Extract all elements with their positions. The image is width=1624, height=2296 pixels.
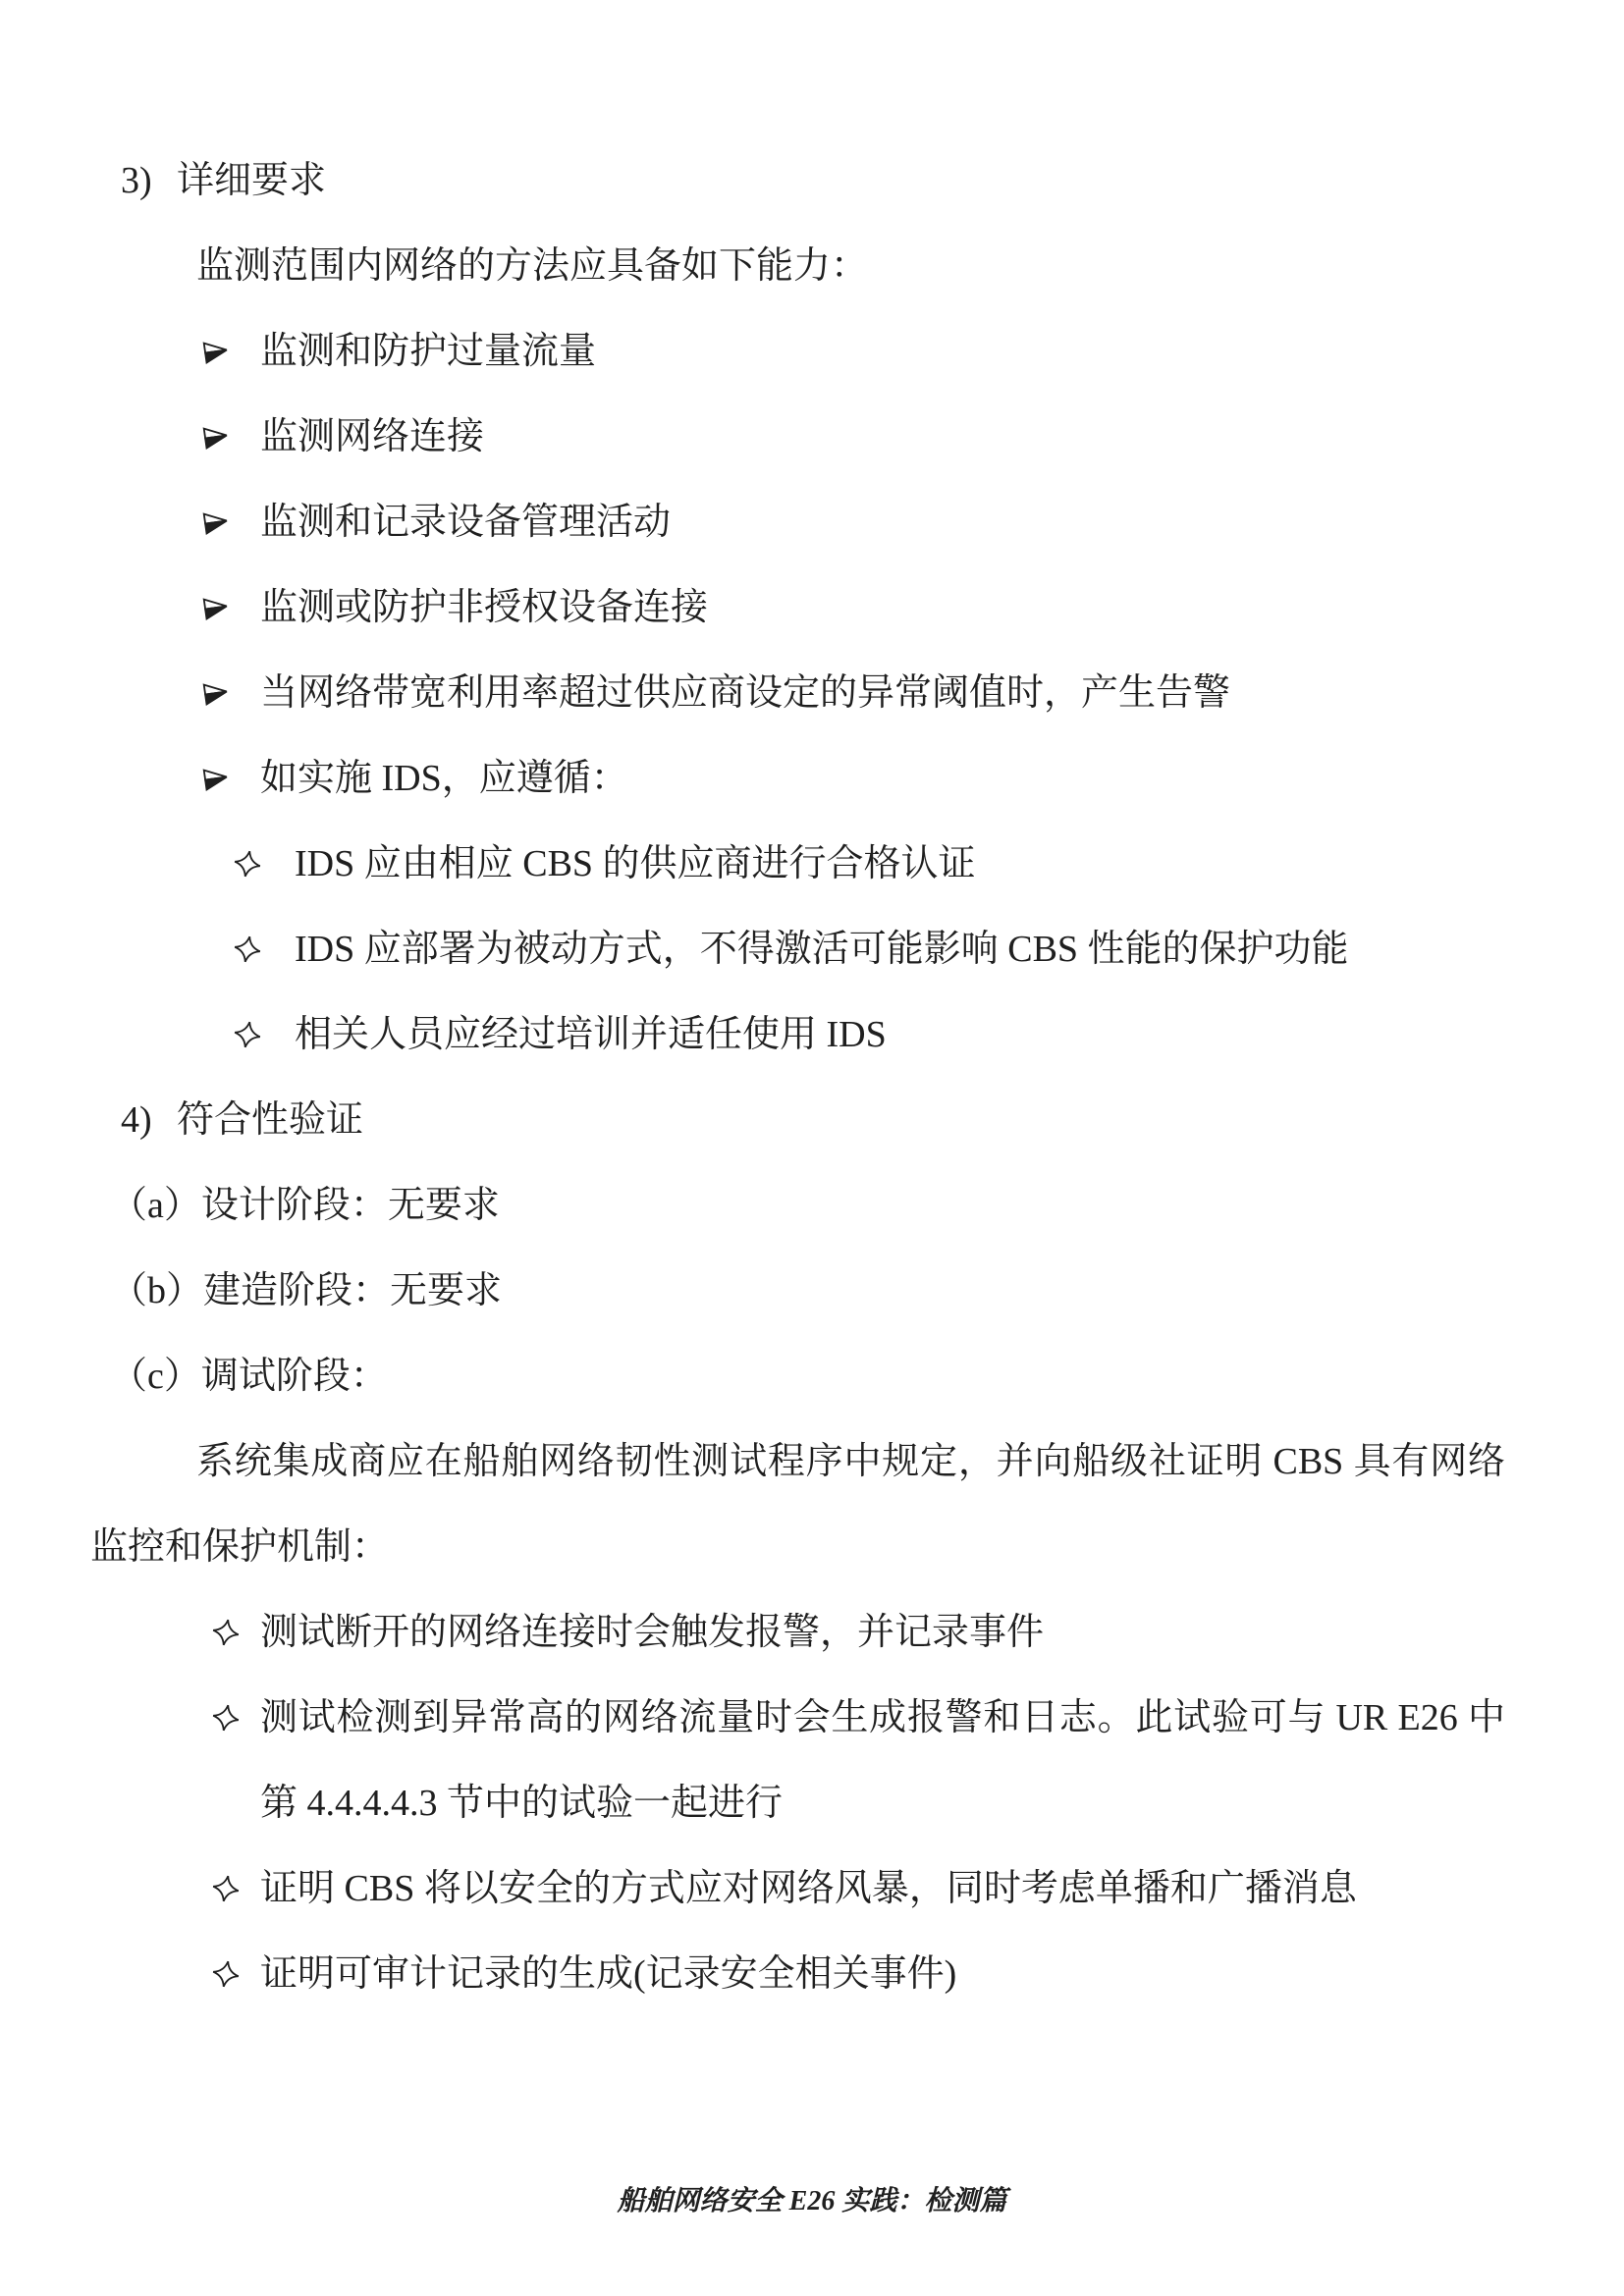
arrow-bullet-text: 监测和防护过量流量 (260, 331, 596, 372)
diamond-bullet-icon (209, 1701, 244, 1735)
diamond-bullet-icon (231, 847, 265, 881)
diamond-bullet-item: 相关人员应经过培训并适任使用 IDS (90, 992, 1505, 1078)
phase-item-commissioning: （c）调试阶段： (110, 1334, 1505, 1419)
section-4-paragraph: 系统集成商应在船舶网络韧性测试程序中规定，并向船级社证明 CBS 具有网络监控和… (90, 1419, 1505, 1590)
phase-item-design: （a）设计阶段：无要求 (110, 1163, 1505, 1249)
arrow-bullet-item: 当网络带宽利用率超过供应商设定的异常阈值时，产生告警 (90, 651, 1505, 736)
diamond-bullet-item: 证明 CBS 将以安全的方式应对网络风暴，同时考虑单播和广播消息 (90, 1846, 1505, 1932)
arrow-bullet-text: 监测或防护非授权设备连接 (260, 587, 708, 628)
section-4-heading: 4)符合性验证 (121, 1078, 1505, 1163)
arrow-bullet-text: 当网络带宽利用率超过供应商设定的异常阈值时，产生告警 (260, 672, 1230, 714)
arrow-bullet-icon (199, 335, 233, 368)
diamond-bullet-text: 相关人员应经过培训并适任使用 IDS (295, 1014, 887, 1055)
arrow-bullet-text: 如实施 IDS，应遵循： (260, 758, 628, 799)
diamond-bullet-text: 证明 CBS 将以安全的方式应对网络风暴，同时考虑单播和广播消息 (260, 1868, 1357, 1909)
diamond-bullet-icon (209, 1957, 244, 1992)
diamond-bullet-text: 证明可审计记录的生成(记录安全相关事件) (260, 1953, 956, 1995)
diamond-bullet-text: IDS 应部署为被动方式，不得激活可能影响 CBS 性能的保护功能 (295, 929, 1349, 970)
arrow-bullet-icon (199, 591, 233, 624)
arrow-bullet-item: 监测或防护非授权设备连接 (90, 565, 1505, 651)
diamond-bullet-item: 测试断开的网络连接时会触发报警，并记录事件 (90, 1590, 1505, 1676)
diamond-bullet-icon (231, 1018, 265, 1052)
diamond-bullet-item: IDS 应由相应 CBS 的供应商进行合格认证 (90, 822, 1505, 907)
arrow-bullet-icon (199, 676, 233, 710)
diamond-bullet-text: IDS 应由相应 CBS 的供应商进行合格认证 (295, 843, 976, 884)
arrow-bullet-icon (199, 506, 233, 539)
diamond-bullet-text: 测试检测到异常高的网络流量时会生成报警和日志。此试验可与 UR E26 中第 4… (260, 1697, 1505, 1824)
diamond-bullet-item: 证明可审计记录的生成(记录安全相关事件) (90, 1932, 1505, 2017)
section-3-intro: 监测范围内网络的方法应具备如下能力： (196, 224, 1505, 309)
section-4-title: 符合性验证 (177, 1099, 363, 1141)
arrow-bullet-item: 监测网络连接 (90, 395, 1505, 480)
arrow-bullet-item: 如实施 IDS，应遵循： (90, 736, 1505, 822)
phase-item-construction: （b）建造阶段：无要求 (110, 1249, 1505, 1334)
page-footer: 船舶网络安全 E26 实践：检测篇 (0, 2187, 1624, 2216)
arrow-bullet-icon (199, 420, 233, 454)
section-3-title: 详细要求 (177, 160, 326, 201)
diamond-bullet-icon (209, 1872, 244, 1906)
section-4-number: 4) (121, 1078, 177, 1163)
arrow-bullet-icon (199, 762, 233, 795)
document-page: 3)详细要求 监测范围内网络的方法应具备如下能力： 监测和防护过量流量 监测网络… (0, 0, 1624, 2296)
section-3-heading: 3)详细要求 (121, 138, 1505, 224)
diamond-bullet-icon (209, 1616, 244, 1650)
arrow-bullet-text: 监测网络连接 (260, 416, 484, 457)
diamond-bullet-icon (231, 933, 265, 967)
arrow-bullet-item: 监测和防护过量流量 (90, 309, 1505, 395)
arrow-bullet-item: 监测和记录设备管理活动 (90, 480, 1505, 565)
diamond-bullet-item: IDS 应部署为被动方式，不得激活可能影响 CBS 性能的保护功能 (90, 907, 1505, 992)
diamond-bullet-text: 测试断开的网络连接时会触发报警，并记录事件 (260, 1612, 1044, 1653)
arrow-bullet-text: 监测和记录设备管理活动 (260, 502, 671, 543)
section-3-number: 3) (121, 138, 177, 224)
diamond-bullet-item: 测试检测到异常高的网络流量时会生成报警和日志。此试验可与 UR E26 中第 4… (90, 1676, 1505, 1846)
